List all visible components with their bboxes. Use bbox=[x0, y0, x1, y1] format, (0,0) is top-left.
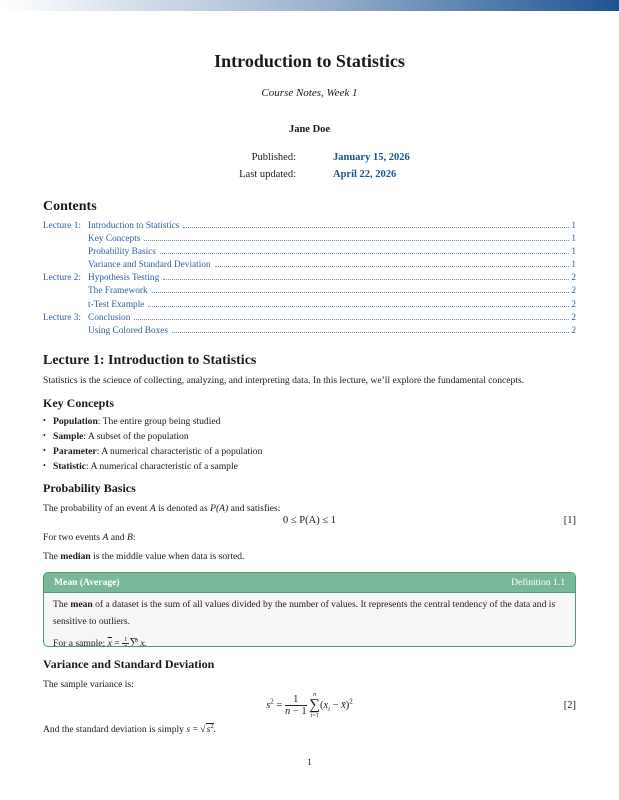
toc-entry-page[interactable]: 2 bbox=[571, 313, 576, 323]
toc-entry-title[interactable]: Introduction to Statistics bbox=[88, 221, 181, 231]
toc-entry-title[interactable]: Variance and Standard Deviation bbox=[88, 260, 213, 270]
definition-box-header: Mean (Average) Definition 1.1 bbox=[44, 573, 575, 593]
toc-entry[interactable]: Lecture 2:Hypothesis Testing2 bbox=[43, 273, 576, 286]
toc-leader-dots bbox=[148, 306, 569, 307]
toc-entry[interactable]: Using Colored Boxes2 bbox=[43, 326, 576, 339]
toc-entry-title[interactable]: Key Concepts bbox=[88, 234, 142, 244]
toc-entry-page[interactable]: 1 bbox=[571, 234, 576, 244]
toc-entry[interactable]: t-Test Example2 bbox=[43, 300, 576, 313]
toc-leader-dots bbox=[215, 266, 570, 267]
lecture-1-heading: Lecture 1: Introduction to Statistics bbox=[43, 353, 256, 369]
toc-leader-dots bbox=[152, 292, 570, 293]
probability-heading: Probability Basics bbox=[43, 481, 136, 496]
toc-entry-page[interactable]: 2 bbox=[571, 326, 576, 336]
definition-label: Definition 1.1 bbox=[511, 577, 565, 588]
equation-2-tag: [2] bbox=[564, 700, 576, 711]
header-gradient-bar bbox=[0, 0, 619, 11]
variance-paragraph: The sample variance is: bbox=[43, 679, 134, 690]
definition-title: Mean (Average) bbox=[54, 577, 120, 588]
equation-2-body: s2 = 1n − 1 n∑i=1(xi − x̄)2 bbox=[43, 692, 576, 719]
toc-entry-page[interactable]: 1 bbox=[571, 260, 576, 270]
toc-entry-number: Lecture 1: bbox=[43, 221, 88, 231]
document-title: Introduction to Statistics bbox=[43, 51, 576, 72]
document-subtitle: Course Notes, Week 1 bbox=[43, 87, 576, 99]
published-date: January 15, 2026 bbox=[333, 152, 410, 163]
median-paragraph: The median is the middle value when data… bbox=[43, 551, 244, 562]
toc-entry-page[interactable]: 1 bbox=[571, 247, 576, 257]
toc-entry[interactable]: Key Concepts1 bbox=[43, 234, 576, 247]
list-item: Statistic: A numerical characteristic of… bbox=[43, 461, 262, 476]
toc-entry-title[interactable]: Conclusion bbox=[88, 313, 132, 323]
list-item: Parameter: A numerical characteristic of… bbox=[43, 446, 262, 461]
toc-leader-dots bbox=[163, 279, 569, 280]
key-concepts-heading: Key Concepts bbox=[43, 396, 114, 411]
toc-entry-title[interactable]: t-Test Example bbox=[88, 300, 146, 310]
page-number: 1 bbox=[43, 758, 576, 768]
contents-heading: Contents bbox=[43, 199, 97, 215]
toc-entry[interactable]: Variance and Standard Deviation1 bbox=[43, 260, 576, 273]
list-item: Sample: A subset of the population bbox=[43, 431, 262, 446]
lecture-1-intro: Statistics is the science of collecting,… bbox=[43, 375, 524, 386]
equation-1-tag: [1] bbox=[564, 515, 576, 526]
toc-entry[interactable]: The Framework2 bbox=[43, 286, 576, 299]
toc-entry-page[interactable]: 2 bbox=[571, 286, 576, 296]
toc-entry-page[interactable]: 1 bbox=[571, 221, 576, 231]
author-name: Jane Doe bbox=[43, 124, 576, 135]
variance-heading: Variance and Standard Deviation bbox=[43, 657, 214, 672]
toc-entry-title[interactable]: Probability Basics bbox=[88, 247, 158, 257]
toc-leader-dots bbox=[172, 332, 569, 333]
std-dev-paragraph: And the standard deviation is simply s =… bbox=[43, 723, 216, 735]
toc-entry-title[interactable]: The Framework bbox=[88, 286, 150, 296]
toc-leader-dots bbox=[183, 227, 569, 228]
published-label: Published: bbox=[252, 152, 296, 163]
toc-entry-number: Lecture 2: bbox=[43, 273, 88, 283]
toc-leader-dots bbox=[134, 319, 569, 320]
list-item: Population: The entire group being studi… bbox=[43, 416, 262, 431]
toc-entry-page[interactable]: 2 bbox=[571, 300, 576, 310]
probability-paragraph: The probability of an event A is denoted… bbox=[43, 503, 280, 514]
toc-entry[interactable]: Probability Basics1 bbox=[43, 247, 576, 260]
definition-body: The mean of a dataset is the sum of all … bbox=[44, 593, 575, 647]
key-concepts-list: Population: The entire group being studi… bbox=[43, 416, 262, 476]
toc-leader-dots bbox=[144, 240, 569, 241]
toc-entry-title[interactable]: Using Colored Boxes bbox=[88, 326, 170, 336]
toc-entry[interactable]: Lecture 1:Introduction to Statistics1 bbox=[43, 221, 576, 234]
updated-date: April 22, 2026 bbox=[333, 169, 396, 180]
definition-box: Mean (Average) Definition 1.1 The mean o… bbox=[43, 572, 576, 647]
updated-label: Last updated: bbox=[239, 169, 296, 180]
toc-entry[interactable]: Lecture 3:Conclusion2 bbox=[43, 313, 576, 326]
table-of-contents: Lecture 1:Introduction to Statistics1Key… bbox=[43, 221, 576, 339]
equation-1-body: 0 ≤ P(A) ≤ 1 bbox=[43, 515, 576, 526]
toc-leader-dots bbox=[160, 253, 569, 254]
sample-mean-formula: For a sample: x = 1n∑i=1n xi bbox=[53, 632, 566, 647]
toc-entry-title[interactable]: Hypothesis Testing bbox=[88, 273, 161, 283]
toc-entry-page[interactable]: 2 bbox=[571, 273, 576, 283]
toc-entry-number: Lecture 3: bbox=[43, 313, 88, 323]
two-events-paragraph: For two events A and B: bbox=[43, 532, 136, 543]
